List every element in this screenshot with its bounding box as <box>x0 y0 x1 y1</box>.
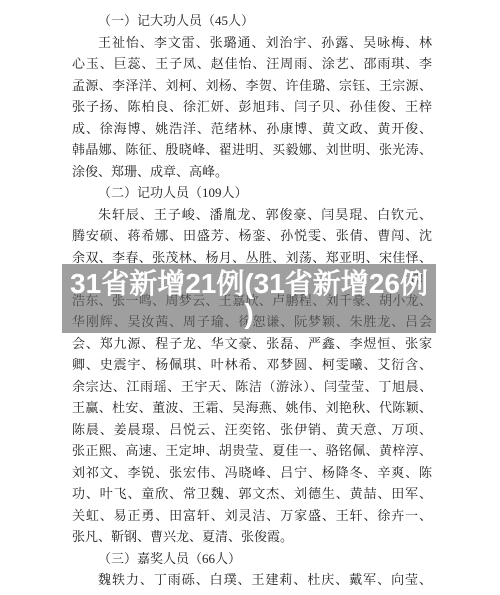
text-line: 心玉、巨蕊、王子凤、赵佳怡、汪周雨、涂艺、邵雨琪、李 <box>72 53 432 75</box>
section-title: （二）记功人员（109人） <box>72 182 432 204</box>
document-page: （一）记大功人员（45人） 王祉怡、李文雷、张璐通、刘治宇、孙露、吴咏梅、林 心… <box>0 0 500 595</box>
text-line: 功、叶飞、童欣、常卫魏、郭文杰、刘德生、黄喆、田军、 <box>72 483 432 505</box>
text-line: 王祉怡、李文雷、张璐通、刘治宇、孙露、吴咏梅、林 <box>72 32 432 54</box>
text-line: 张子扬、陈柏良、徐汇妍、彭旭玮、闫子贝、孙佳俊、王梓 <box>72 96 432 118</box>
news-headline-text-line1: 31省新增21例(31省新增26例 <box>70 268 428 299</box>
text-line: 余宗达、江雨瑶、王宇天、陈洁（游泳）、闫莹莹、丁旭晨、 <box>72 376 432 398</box>
text-line: 涂俊、郑珊、成章、高峰。 <box>72 161 432 183</box>
text-line: 张凡、靳钢、曹兴龙、夏清、张俊霞。 <box>72 526 432 548</box>
text-line: 魏轶力、丁雨砾、白璞、王建莉、杜庆、戴军、向莹、 <box>72 569 432 591</box>
text-line: 刘祁文、李锐、张宏伟、冯晓峰、吕宁、杨降冬、辛爽、陈 <box>72 462 432 484</box>
text-line: 韩晶娜、陈征、殷晓峰、翟进明、买毅娜、刘世明、张光涛、 <box>72 139 432 161</box>
section-title: （一）记大功人员（45人） <box>72 10 432 32</box>
text-line: 陈晨、姜晨璟、吕悦云、汪奕铭、张伊销、黄天意、万项、 <box>72 419 432 441</box>
text-line: 关虹、易正勇、田富轩、刘灵洁、万家盛、王轩、徐卉一、 <box>72 505 432 527</box>
text-line: 王赢、杜安、董波、王霜、吴海燕、姚伟、刘艳秋、代陈颖、 <box>72 397 432 419</box>
news-headline-text-line2: ) <box>244 299 253 329</box>
text-line: 成、徐海博、姚浩洋、范绪林、孙康博、黄文政、黄开俊、 <box>72 118 432 140</box>
text-line: 腾安硕、蒋希娜、田盛芳、杨銮、孙悦雯、张倩、曹闯、沈 <box>72 225 432 247</box>
text-line: 孟源、李泽洋、刘柯、刘杨、李贺、许佳璐、宗钰、王宗源、 <box>72 75 432 97</box>
section-title: （三）嘉奖人员（66人） <box>72 548 432 570</box>
news-headline-overlay[interactable]: 31省新增21例(31省新增26例 ) <box>62 264 436 333</box>
text-line: 张正熙、高速、王定坤、胡贵莹、夏佳一、骆铭佩、黄梓淳、 <box>72 440 432 462</box>
text-line: 卿、史震宇、杨佩琪、叶林希、邓梦圆、柯雯曦、艾衍含、 <box>72 354 432 376</box>
text-line: 会、郑九源、程子龙、华文豪、张磊、严鑫、李煜恒、张家 <box>72 333 432 355</box>
text-line: 朱轩辰、王子峻、潘胤龙、郭俊豪、闫昊琨、白钦元、 <box>72 204 432 226</box>
